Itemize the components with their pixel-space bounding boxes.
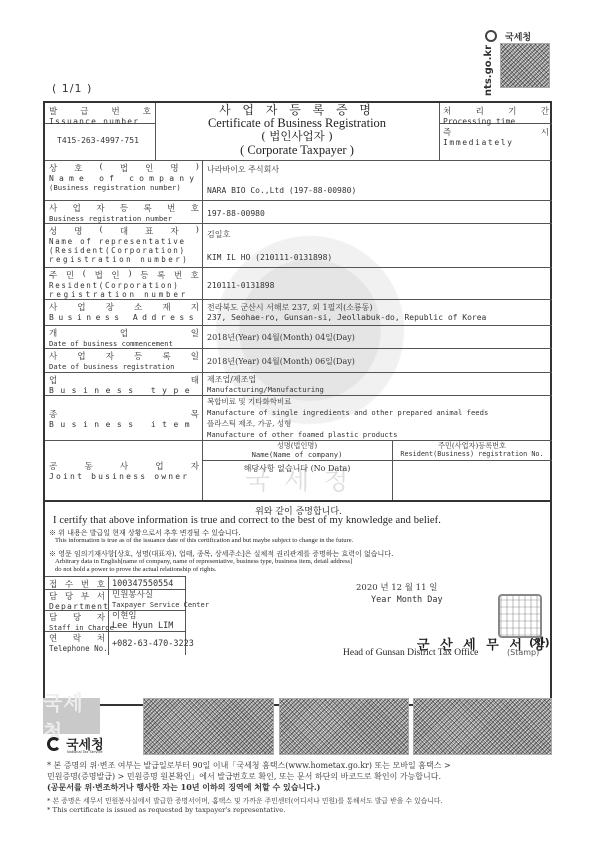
issuance-label: 발 급 번 호 Issuance number: [49, 105, 151, 126]
agency-logo-text: 국세청: [505, 30, 531, 43]
issuance-label-en: Issuance number: [49, 117, 151, 126]
tel-label: 연락처 Telephone No.: [49, 632, 105, 653]
business-item-line: 플라스틱 제조, 가공, 성형: [207, 418, 488, 429]
page-indicator: ( 1/1 ): [52, 82, 92, 95]
business-item-line: 복합비료 및 기타화학비료: [207, 396, 488, 407]
joint-owner-value: 해당사항 없습니다 (No Data): [202, 463, 392, 474]
commencement-value: 2018년(Year) 04월(Month) 04일(Day): [207, 332, 355, 343]
nts-mascot-icon: [485, 30, 497, 42]
processing-value: 즉 시 Immediately: [443, 126, 549, 147]
official-seal-stamp: [498, 594, 542, 638]
registration-date-label: 사업자등록일 Date of business registration: [49, 350, 199, 371]
joint-owner-label: 공동사업자 Joint business owner: [49, 460, 199, 481]
business-item-line: Manufacture of other foamed plastic prod…: [207, 429, 488, 440]
issue-date-en: Year Month Day: [371, 595, 443, 605]
note1-en: This information is true as of the issua…: [55, 537, 353, 544]
business-item-list: 복합비료 및 기타화학비료 Manufacture of single ingr…: [207, 396, 488, 440]
issuance-label-ko: 발 급 번 호: [49, 105, 151, 117]
address-en: 237, Seohae-ro, Gunsan-si, Jeollabuk-do,…: [207, 313, 486, 322]
site-vertical-text: nts.go.kr: [483, 45, 494, 96]
issue-date: 2020 년 12 월 11 일: [356, 581, 437, 593]
company-name-ko: 나라바이오 주식회사: [207, 164, 279, 175]
representative-en: KIM IL HO (210111-0131898): [207, 253, 332, 262]
commencement-label: 개업일 Date of business commencement: [49, 327, 199, 348]
footer-note: 민원증명(증명발급) > 민원증명 원본확인」에서 발급번호로 확인, 또는 문…: [47, 771, 441, 782]
company-name-label: 상호(법인명) Name of company (Business regist…: [49, 162, 199, 192]
qr-code[interactable]: [500, 43, 550, 88]
business-reg-label: 사업자등록번호 Business registration number: [49, 202, 199, 223]
resident-reg-label: 주민(법인)등록번호 Resident(Corporation) registr…: [49, 269, 199, 299]
registration-date-value: 2018년(Year) 04월(Month) 06일(Day): [207, 356, 355, 367]
business-item-line: Manufacture of single ingredients and ot…: [207, 407, 488, 418]
footer-note: * This certificate is issued as requeste…: [47, 806, 285, 814]
footer-note: (공문서를 위·변조하거나 행사한 자는 10년 이하의 징역에 처할 수 있습…: [47, 782, 320, 793]
tel-value: +082-63-470-3223: [112, 639, 194, 649]
staff-label: 담당자 Staff in Charge: [49, 611, 105, 632]
nts-qr-block: 국세청 nts.go.kr: [483, 30, 583, 100]
business-type-ko: 제조업/제조업: [207, 374, 256, 385]
business-type-en: Manufacturing/Manufacturing: [207, 385, 324, 394]
issuer-office-en: Head of Gunsan District Tax Office: [343, 648, 478, 658]
footer-note: * 본 증명의 위·변조 여부는 발급일로부터 90일 이내「국세청 홈택스(w…: [47, 760, 451, 771]
nts-emblem-icon: [47, 737, 61, 751]
business-reg-value: 197-88-00980: [207, 209, 265, 218]
company-name-en: NARA BIO Co.,Ltd (197-88-00980): [207, 186, 356, 195]
dept-label: 담당부서 Department: [49, 590, 105, 611]
footer-note: * 본 증명은 세무서 민원봉사실에서 발급한 증명서이며, 홈택스 및 가까운…: [47, 795, 443, 805]
nts-gray-logo: 국세청: [43, 698, 100, 734]
note2-en-2: do not hold a power to prove the actual …: [55, 566, 217, 573]
dept-value: 민원봉사실 Taxpayer Service Center: [112, 590, 209, 610]
receipt-label: 접수번호: [49, 578, 105, 590]
certify-statement-en: I certify that above information is true…: [53, 515, 441, 526]
representative-label: 성명(대표자) Name of representative (Resident…: [49, 225, 199, 264]
resident-reg-value: 210111-0131898: [207, 281, 274, 290]
business-item-label: 종목 Business item: [49, 408, 199, 429]
barcode-2[interactable]: [279, 698, 409, 755]
address-label: 사업장소재지 Business Address: [49, 301, 199, 322]
barcode-1[interactable]: [143, 698, 274, 755]
processing-label: 처 리 기 간 Processing time: [443, 105, 549, 126]
receipt-value: 100347550554: [112, 579, 173, 589]
joint-col2-header: 주민(사업자)등록번호 Resident(Business) registrat…: [392, 441, 552, 459]
barcode-3[interactable]: [413, 698, 552, 755]
issuer-stamp-en: (Stamp): [507, 648, 539, 657]
issuance-number: T415-263-4997-751: [57, 136, 139, 145]
note2-en-1: Arbitrary data in English[name of compan…: [55, 558, 352, 565]
subtitle-en: ( Corporate Taxpayer ): [155, 143, 439, 157]
business-type-label: 업태 Business type: [49, 374, 199, 395]
joint-col1-header: 성명(법인명) Name(Name of company): [202, 441, 392, 459]
staff-value: 이현임 Lee Hyun LIM: [112, 611, 173, 631]
certificate-frame: 발 급 번 호 Issuance number T415-263-4997-75…: [43, 101, 552, 706]
subtitle-ko: ( 법인사업자 ): [155, 130, 439, 143]
representative-ko: 김일호: [207, 229, 230, 240]
document-title: 사 업 자 등 록 증 명 Certificate of Business Re…: [155, 104, 439, 157]
nts-agency-name-en: National Tax Service: [67, 750, 103, 754]
address-ko: 전라북도 군산시 서해로 237, 외 1필지(소룡동): [207, 302, 373, 313]
